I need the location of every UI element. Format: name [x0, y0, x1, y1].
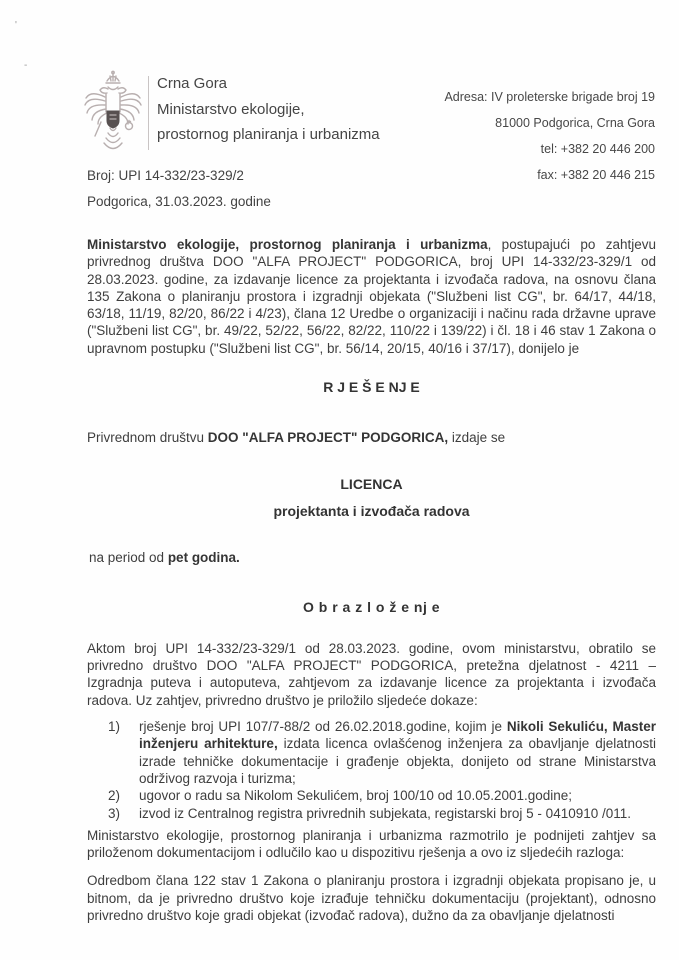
- document-page: ' -: [0, 0, 679, 960]
- scan-artifact: ': [15, 20, 17, 31]
- address-line: Adresa: IV proleterske brigade broj 19: [444, 84, 655, 110]
- licence-period-line: na period od pet godina.: [89, 549, 656, 566]
- explanation-heading: O b r a z l o ž e nj e: [87, 599, 656, 616]
- explanation-paragraph-3: Odredbom člana 122 stav 1 Zakona o plani…: [87, 872, 656, 924]
- document-body: Ministarstvo ekologije, prostornog plani…: [87, 236, 656, 924]
- evidence-item-text: izvod iz Centralnog registra privrednih …: [139, 805, 656, 822]
- evidence-item: 1) rješenje broj UPI 107/7-88/2 od 26.02…: [108, 718, 656, 787]
- country-name: Crna Gora: [157, 71, 380, 97]
- licence-subheading: projektanta i izvođača radova: [87, 503, 656, 520]
- evidence-item: 3) izvod iz Centralnog registra privredn…: [108, 805, 656, 822]
- header-divider: [148, 76, 149, 150]
- evidence-item-number: 2): [108, 787, 139, 804]
- explanation-paragraph-2: Ministarstvo ekologije, prostornog plani…: [87, 827, 656, 862]
- montenegro-coat-of-arms-icon: [83, 70, 143, 156]
- intro-paragraph: Ministarstvo ekologije, prostornog plani…: [87, 236, 656, 357]
- evidence-item-text: rješenje broj UPI 107/7-88/2 od 26.02.20…: [139, 718, 656, 787]
- evidence-item-number: 3): [108, 805, 139, 822]
- ministry-name-line1: Ministarstvo ekologije,: [157, 97, 380, 123]
- document-meta: Broj: UPI 14-332/23-329/2 Podgorica, 31.…: [87, 163, 271, 215]
- phone-line: tel: +382 20 446 200: [444, 136, 655, 162]
- fax-line: fax: +382 20 446 215: [444, 162, 655, 188]
- licence-heading: LICENCA: [87, 476, 656, 493]
- ministry-header: Crna Gora Ministarstvo ekologije, prosto…: [157, 71, 380, 148]
- explanation-paragraph-1: Aktom broj UPI 14-332/23-329/1 od 28.03.…: [87, 640, 656, 709]
- scan-artifact: -: [24, 60, 27, 71]
- ministry-name-line2: prostornog planiranja i urbanizma: [157, 122, 380, 148]
- address-block: Adresa: IV proleterske brigade broj 19 8…: [444, 84, 655, 188]
- resolution-heading: R J E Š E NJ E: [87, 379, 656, 396]
- evidence-item: 2) ugovor o radu sa Nikolom Sekulićem, b…: [108, 787, 656, 804]
- document-number: Broj: UPI 14-332/23-329/2: [87, 163, 271, 189]
- place-date: Podgorica, 31.03.2023. godine: [87, 189, 271, 215]
- evidence-item-text: ugovor o radu sa Nikolom Sekulićem, broj…: [139, 787, 656, 804]
- evidence-list: 1) rješenje broj UPI 107/7-88/2 od 26.02…: [87, 718, 656, 822]
- address-line: 81000 Podgorica, Crna Gora: [444, 110, 655, 136]
- evidence-item-number: 1): [108, 718, 139, 735]
- issued-to-line: Privrednom društvu DOO "ALFA PROJECT" PO…: [87, 429, 656, 446]
